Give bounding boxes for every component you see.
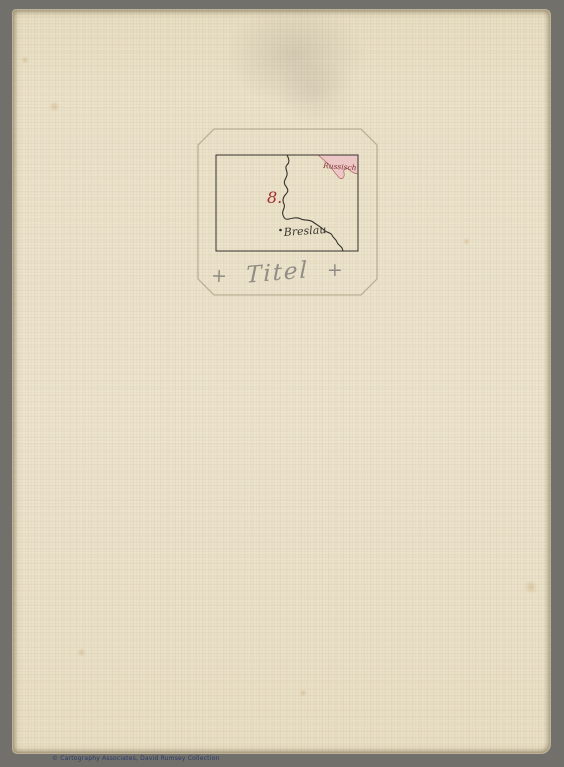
fox-spot: [524, 580, 538, 594]
fox-spot: [77, 648, 86, 657]
fox-spot: [299, 689, 307, 697]
title-annotation: + Titel +: [210, 250, 344, 297]
fox-spot: [49, 101, 60, 112]
fox-spot: [21, 56, 29, 64]
fox-spot: [463, 238, 470, 245]
plus-mark-right: +: [327, 259, 343, 281]
city-label-breslau: Breslau: [282, 223, 326, 239]
credit-line: © Cartography Associates, David Rumsey C…: [52, 755, 219, 763]
city-dot: [279, 229, 282, 232]
region-label: Russisch: [322, 161, 357, 172]
stain: [198, 0, 393, 127]
title-annotation-word: Titel: [245, 257, 308, 289]
plus-mark-left: +: [211, 265, 228, 288]
sheet-number: 8.: [267, 188, 282, 207]
scan-background: { "sketch": { "sheet_number": "8.", "reg…: [0, 0, 564, 767]
stain: [258, 45, 373, 140]
cover-page: 8. Russisch Breslau + Titel +: [12, 9, 551, 754]
